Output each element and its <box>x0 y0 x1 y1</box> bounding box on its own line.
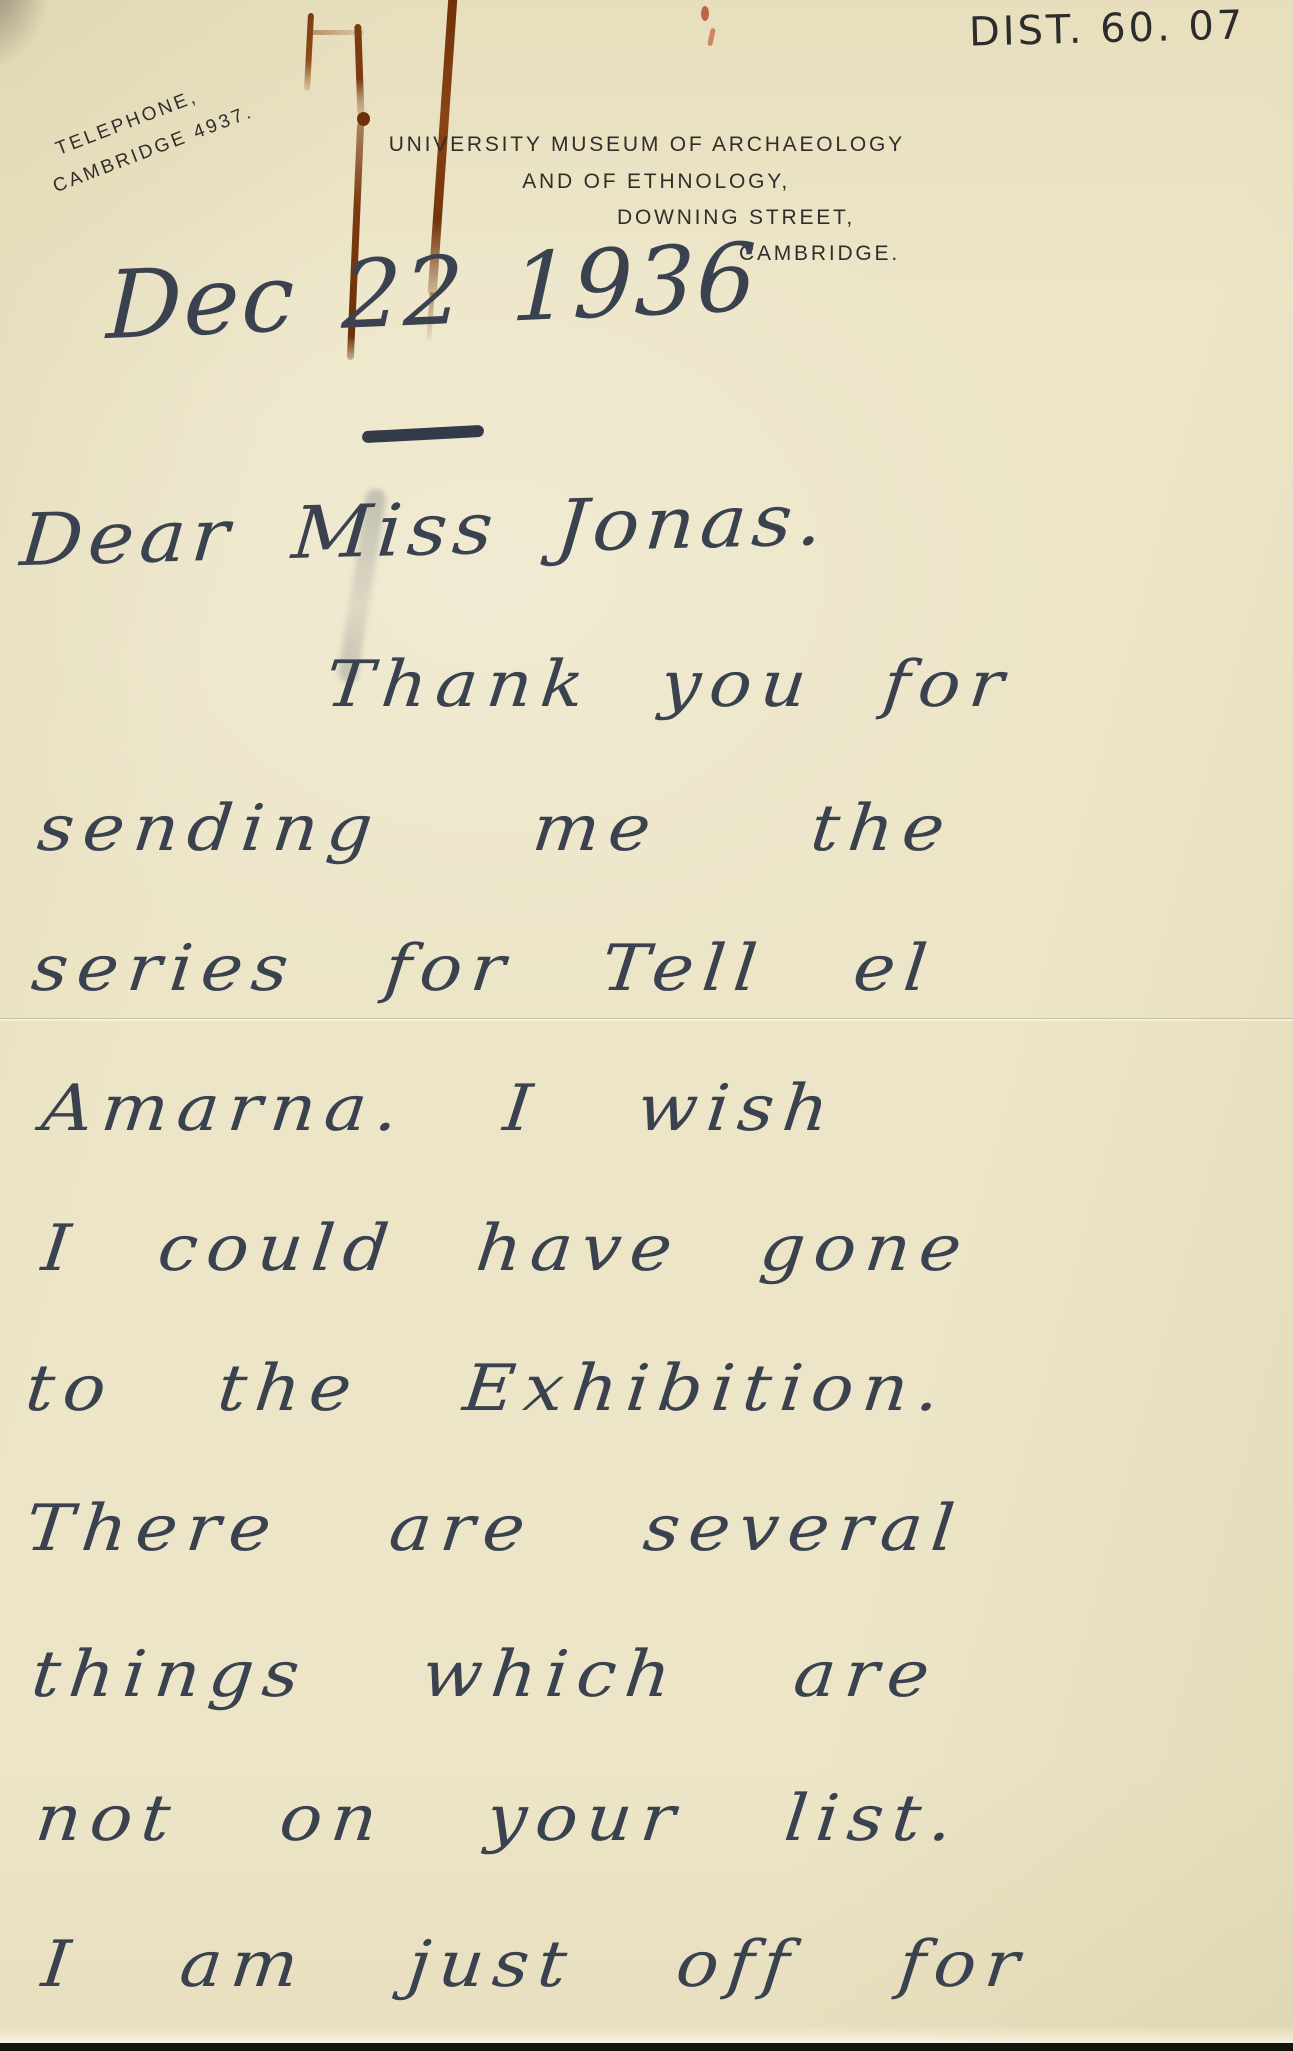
body-line: Amarna. I wish <box>38 1072 841 1146</box>
scanned-letter-page: DIST. 60. 07 TELEPHONE, CAMBRIDGE 4937. … <box>0 0 1293 2051</box>
letterhead-telephone-block: TELEPHONE, CAMBRIDGE 4937. <box>36 64 259 204</box>
body-line: There are several <box>22 1492 966 1566</box>
red-ink-speck <box>701 6 709 21</box>
body-line: Thank you for <box>322 648 1016 722</box>
horizontal-fold-crease <box>0 1018 1293 1021</box>
body-line: series for Tell el <box>28 932 939 1006</box>
scan-corner-shadow <box>0 0 52 72</box>
paper-bottom-edge-highlight <box>0 2026 1293 2044</box>
rust-stain-drip <box>304 13 314 91</box>
body-line: not on your list. <box>32 1782 964 1856</box>
body-line: sending me the <box>34 792 957 866</box>
archive-code-annotation: DIST. 60. 07 <box>968 2 1245 55</box>
rust-stain-drip <box>354 24 364 124</box>
body-line: I could have gone <box>38 1212 973 1286</box>
date-underline-dash <box>362 425 484 443</box>
body-line: things which are <box>28 1638 941 1712</box>
salutation: Dear Miss Jonas. <box>17 477 831 582</box>
letterhead-institution-name-line2: AND OF ETHNOLOGY, <box>522 170 790 194</box>
scan-bottom-edge <box>0 2043 1293 2051</box>
letterhead-city: CAMBRIDGE. <box>739 242 900 266</box>
letterhead-institution-name-line1: UNIVERSITY MUSEUM OF ARCHAEOLOGY <box>389 133 905 157</box>
body-line: to the Exhibition. <box>22 1352 952 1426</box>
handwritten-date: Dec 22 1936 <box>105 224 759 362</box>
red-ink-speck <box>707 28 716 47</box>
body-line: I am just off for <box>38 1928 1031 2002</box>
